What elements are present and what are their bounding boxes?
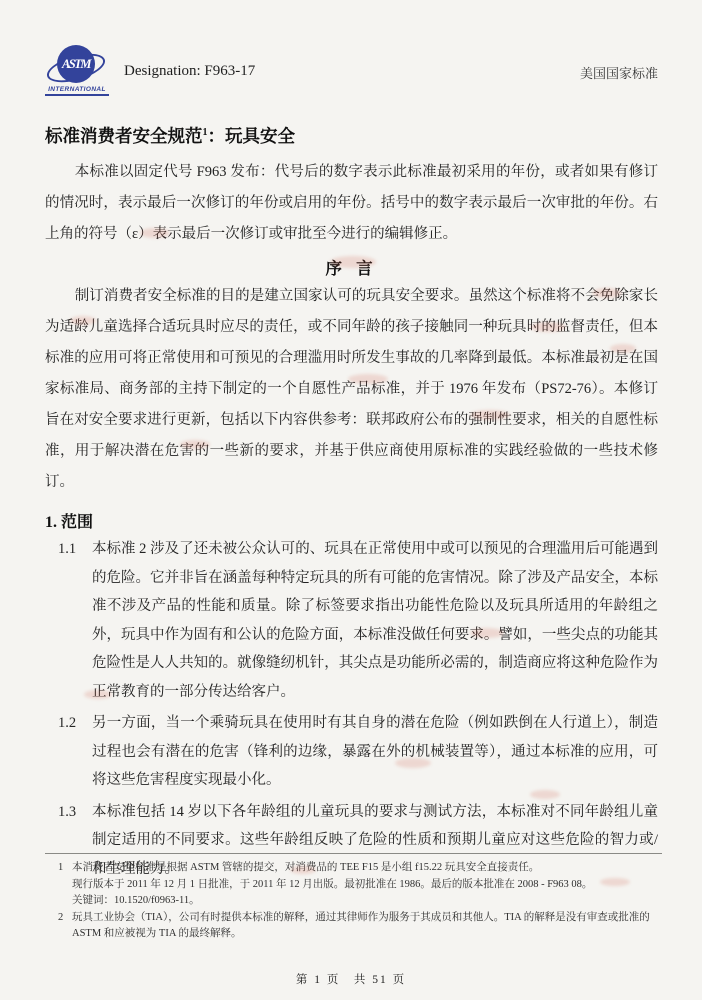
footnote-number: 2 xyxy=(58,910,72,927)
footnote-1: 1本消费者安全标准是根据 ASTM 管辖的提交，对消费品的 TEE F15 是小… xyxy=(45,860,662,877)
clause-text: 另一方面，当一个乘骑玩具在使用时有其自身的潜在危险（例如跌倒在人行道上），制造过… xyxy=(92,709,658,795)
page-content: ASTM INTERNATIONAL Designation: F963-17 … xyxy=(45,44,658,883)
page-header: ASTM INTERNATIONAL Designation: F963-17 … xyxy=(45,44,658,98)
section-1-heading: 1. 范围 xyxy=(45,509,658,532)
clause-1-1: 1.1 本标准 2 涉及了还未被公众认可的、玩具在正常使用中或可以预见的合理滥用… xyxy=(58,535,658,706)
footnotes-block: 1本消费者安全标准是根据 ASTM 管辖的提交，对消费品的 TEE F15 是小… xyxy=(45,853,662,943)
footnote-1-keywords: 关键词：10.1520/f0963-11。 xyxy=(45,893,662,910)
footnote-1-continued: 现行版本于 2011 年 12 月 1 日批准，于 2011 年 12 月出版。… xyxy=(45,877,662,894)
footnote-text: 玩具工业协会（TIA），公司有时提供本标准的解释，通过其律师作为服务于其成员和其… xyxy=(72,912,650,940)
preface-paragraph: 制订消费者安全标准的目的是建立国家认可的玩具安全要求。虽然这个标准将不会免除家长… xyxy=(45,281,658,498)
document-title: 标准消费者安全规范1：玩具安全 xyxy=(45,123,658,148)
logo-circle: ASTM xyxy=(57,45,95,83)
footnote-2: 2玩具工业协会（TIA），公司有时提供本标准的解释，通过其律师作为服务于其成员和… xyxy=(45,910,662,943)
clause-text: 本标准 2 涉及了还未被公众认可的、玩具在正常使用中或可以预见的合理滥用后可能遇… xyxy=(92,535,658,706)
footnote-text: 本消费者安全标准是根据 ASTM 管辖的提交，对消费品的 TEE F15 是小组… xyxy=(72,862,539,873)
designation-label: Designation: F963-17 xyxy=(124,63,255,80)
preface-heading: 序 言 xyxy=(45,255,658,279)
page-number-footer: 第 1 页 共 51 页 xyxy=(0,971,702,987)
clause-number: 1.2 xyxy=(58,709,92,795)
intro-paragraph: 本标准以固定代号 F963 发布：代号后的数字表示此标准最初采用的年份，或者如果… xyxy=(45,157,658,250)
clause-number: 1.1 xyxy=(58,535,92,706)
footnote-number: 1 xyxy=(58,860,72,877)
title-suffix: ：玩具安全 xyxy=(208,126,296,146)
document-page: ASTM INTERNATIONAL Designation: F963-17 … xyxy=(0,0,702,1000)
national-standard-label: 美国国家标准 xyxy=(580,61,658,82)
logo-subtext: INTERNATIONAL xyxy=(45,86,109,96)
astm-logo-icon: ASTM INTERNATIONAL xyxy=(45,44,109,98)
title-text: 标准消费者安全规范 xyxy=(45,126,203,146)
clause-1-2: 1.2 另一方面，当一个乘骑玩具在使用时有其自身的潜在危险（例如跌倒在人行道上）… xyxy=(58,709,658,795)
